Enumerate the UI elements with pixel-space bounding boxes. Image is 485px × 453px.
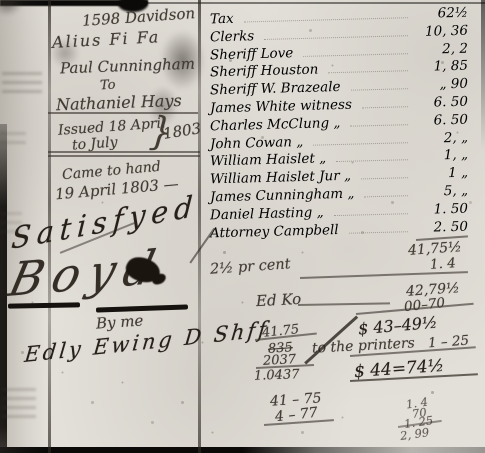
fee-amount: 10, 36 [414,23,468,40]
calc-mult-result: 1.0437 [254,367,300,384]
leader-dots [244,17,408,22]
commission-amount: 1. 4 [429,255,456,273]
leader-dots [364,195,408,197]
leader-dots [328,70,408,73]
fee-label: William Haislet „ [210,150,327,169]
fee-amount: 6. 50 [414,112,468,129]
fee-amount: 2, 2 [414,41,468,58]
deputy-sheriff-signature: Edly Ewing D Shff [23,317,270,367]
leader-dots [264,35,408,40]
scan-edge-top-line [145,2,485,4]
fee-label: Sheriff W. Brazeale [210,79,341,98]
grand-total-1: $ 43–49½ [357,313,438,339]
horizontal-rule [48,112,198,114]
fee-label: James White witness [210,97,352,117]
fee-amount: 62½ [414,5,468,22]
sum-rule [298,302,390,305]
fee-label: Tax [210,11,234,28]
attestation-by: By me [95,311,144,332]
fee-label: John Cowan „ [210,134,304,152]
scanned-document: 1598 Davidson Alius Fi Fa Paul Cunningha… [0,0,485,453]
leader-dots [362,106,408,108]
leader-dots [351,88,408,91]
horizontal-rule [48,151,200,153]
fee-label: Charles McClung „ [210,115,341,134]
sum-rule [300,271,468,278]
fee-label: Clerks [210,28,255,45]
fee-label: Sheriff Houston [210,62,319,81]
horizontal-rule [48,155,200,157]
versus-label: To [100,78,116,94]
fee-label: Sheriff Love [210,45,294,63]
fee-amount: 2. 50 [414,219,468,236]
bleed-through-smudge [0,132,26,146]
leader-dots [334,213,408,216]
fee-label: William Haislet Jur „ [210,168,351,188]
fee-amount: 6. 50 [414,94,468,111]
commission-label: 2½ pr cent [210,256,292,278]
bleed-through-smudge [2,388,36,422]
fee-amount: 1, „ [414,147,468,164]
fee-label: James Cunningham „ [210,186,355,206]
fee-amount: 1 „ [414,165,468,182]
leader-dots [336,159,408,162]
docket-number: 1598 Davidson [82,4,196,30]
fee-amount: „ 90 [414,76,468,93]
fee-label: Attorney Campbell [210,222,339,241]
fee-amount: 1, 85 [414,58,468,75]
fee-amount: 5, „ [414,183,468,200]
scan-edge-right [481,0,485,150]
leader-dots [350,124,408,127]
calc-add-result: 2, 99 [399,425,430,443]
leader-dots [303,53,408,57]
fee-amount: 2, „ [414,130,468,147]
fee-label: Daniel Hasting „ [210,204,324,223]
leader-dots [313,142,408,145]
leader-dots [361,177,408,179]
extra-charge-label: Ed Ko [256,290,302,310]
writ-type: Alius Fi Fa [52,27,161,52]
paper-specks [0,0,1,1]
signature-underline [8,302,80,308]
scan-edge-bottom [0,447,485,453]
bleed-through-smudge [2,72,42,96]
leader-dots [349,231,408,234]
fee-amount: 1. 50 [414,201,468,218]
